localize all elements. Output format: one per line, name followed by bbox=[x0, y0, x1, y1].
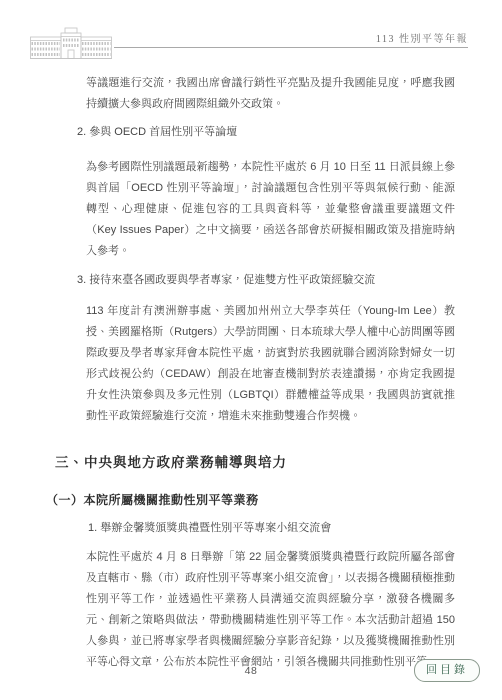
subsection-heading-agency-gender-equality: （一）本院所屬機關推動性別平等業務 bbox=[46, 491, 456, 510]
section-heading-central-local-government: 三、中央與地方政府業務輔導與培力 bbox=[55, 453, 456, 473]
list-item-2-title: 2. 參與 OECD 首屆性別平等論壇 bbox=[77, 122, 456, 143]
paragraph-oecd-forum: 為參考國際性別議題最新趨勢，本院性平處於 6 月 10 日至 11 日派員線上參… bbox=[86, 157, 455, 262]
header-divider bbox=[114, 47, 468, 48]
list-item-3-title: 3. 接待來臺各國政要與學者專家，促進雙方性平政策經驗交流 bbox=[77, 270, 456, 291]
report-title: 113 性別平等年報 bbox=[376, 30, 468, 45]
report-page: 113 性別平等年報 等議題進行交流，我國出席會議行銷性平亮點及提升我國能見度，… bbox=[0, 0, 502, 700]
government-building-icon bbox=[30, 27, 112, 59]
page-header: 113 性別平等年報 bbox=[30, 26, 468, 60]
page-content: 等議題進行交流，我國出席會議行銷性平亮點及提升我國能見度，呼應我國持續擴大參與政… bbox=[46, 73, 456, 673]
paragraph-visitor-exchange: 113 年度計有澳洲辦事處、美國加州州立大學李英任（Young-Im Lee）教… bbox=[86, 301, 455, 427]
list-item-1-title: 1. 舉辦金馨獎頒獎典禮暨性別平等專案小組交流會 bbox=[88, 518, 456, 539]
paragraph-international-exchange: 等議題進行交流，我國出席會議行銷性平亮點及提升我國能見度，呼應我國持續擴大參與政… bbox=[86, 73, 455, 115]
back-to-toc-label: 回目錄 bbox=[426, 664, 468, 676]
back-to-toc-button[interactable]: 回目錄 bbox=[414, 659, 480, 682]
paragraph-award-ceremony: 本院性平處於 4 月 8 日舉辦「第 22 屆金馨獎頒獎典禮暨行政院所屬各部會及… bbox=[86, 547, 455, 673]
